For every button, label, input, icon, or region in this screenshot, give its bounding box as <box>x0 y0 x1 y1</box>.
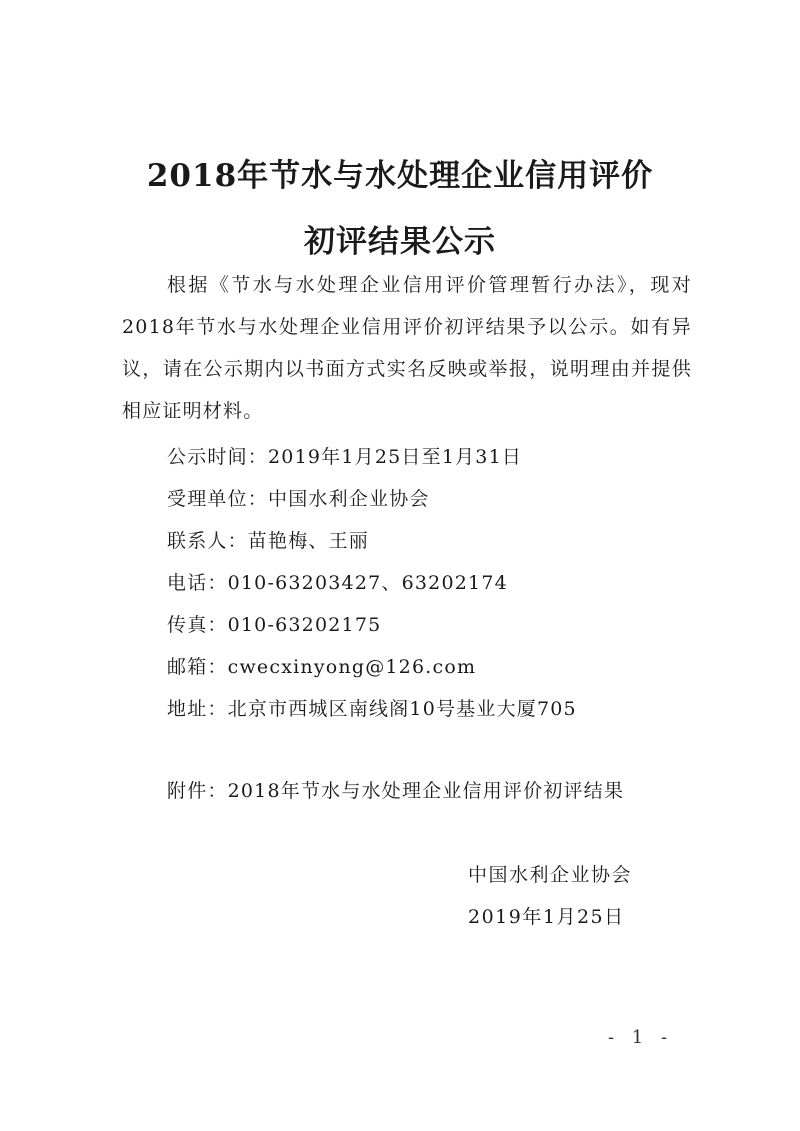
intro-paragraph: 根据《节水与水处理企业信用评价管理暂行办法》，现对2018年节水与水处理企业信用… <box>122 264 692 432</box>
notice-period: 公示时间：2019年1月25日至1月31日 <box>167 442 522 469</box>
document-title-line-1: 2018年节水与水处理企业信用评价 <box>0 150 800 195</box>
intro-paragraph-container: 根据《节水与水处理企业信用评价管理暂行办法》，现对2018年节水与水处理企业信用… <box>122 264 692 432</box>
fax: 传真：010-63202175 <box>167 610 381 637</box>
page-number: - 1 - <box>608 1027 673 1048</box>
telephone: 电话：010-63203427、63202174 <box>167 568 508 595</box>
receiving-unit: 受理单位：中国水利企业协会 <box>167 484 430 511</box>
signature-date: 2019年1月25日 <box>468 902 625 929</box>
address: 地址：北京市西城区南线阁10号基业大厦705 <box>167 694 577 721</box>
email: 邮箱：cwecxinyong@126.com <box>167 652 476 679</box>
signature-organization: 中国水利企业协会 <box>468 860 632 887</box>
attachment-note: 附件：2018年节水与水处理企业信用评价初评结果 <box>167 776 624 803</box>
contact-persons: 联系人：苗艳梅、王丽 <box>167 526 369 553</box>
document-title-line-2: 初评结果公示 <box>0 216 800 261</box>
